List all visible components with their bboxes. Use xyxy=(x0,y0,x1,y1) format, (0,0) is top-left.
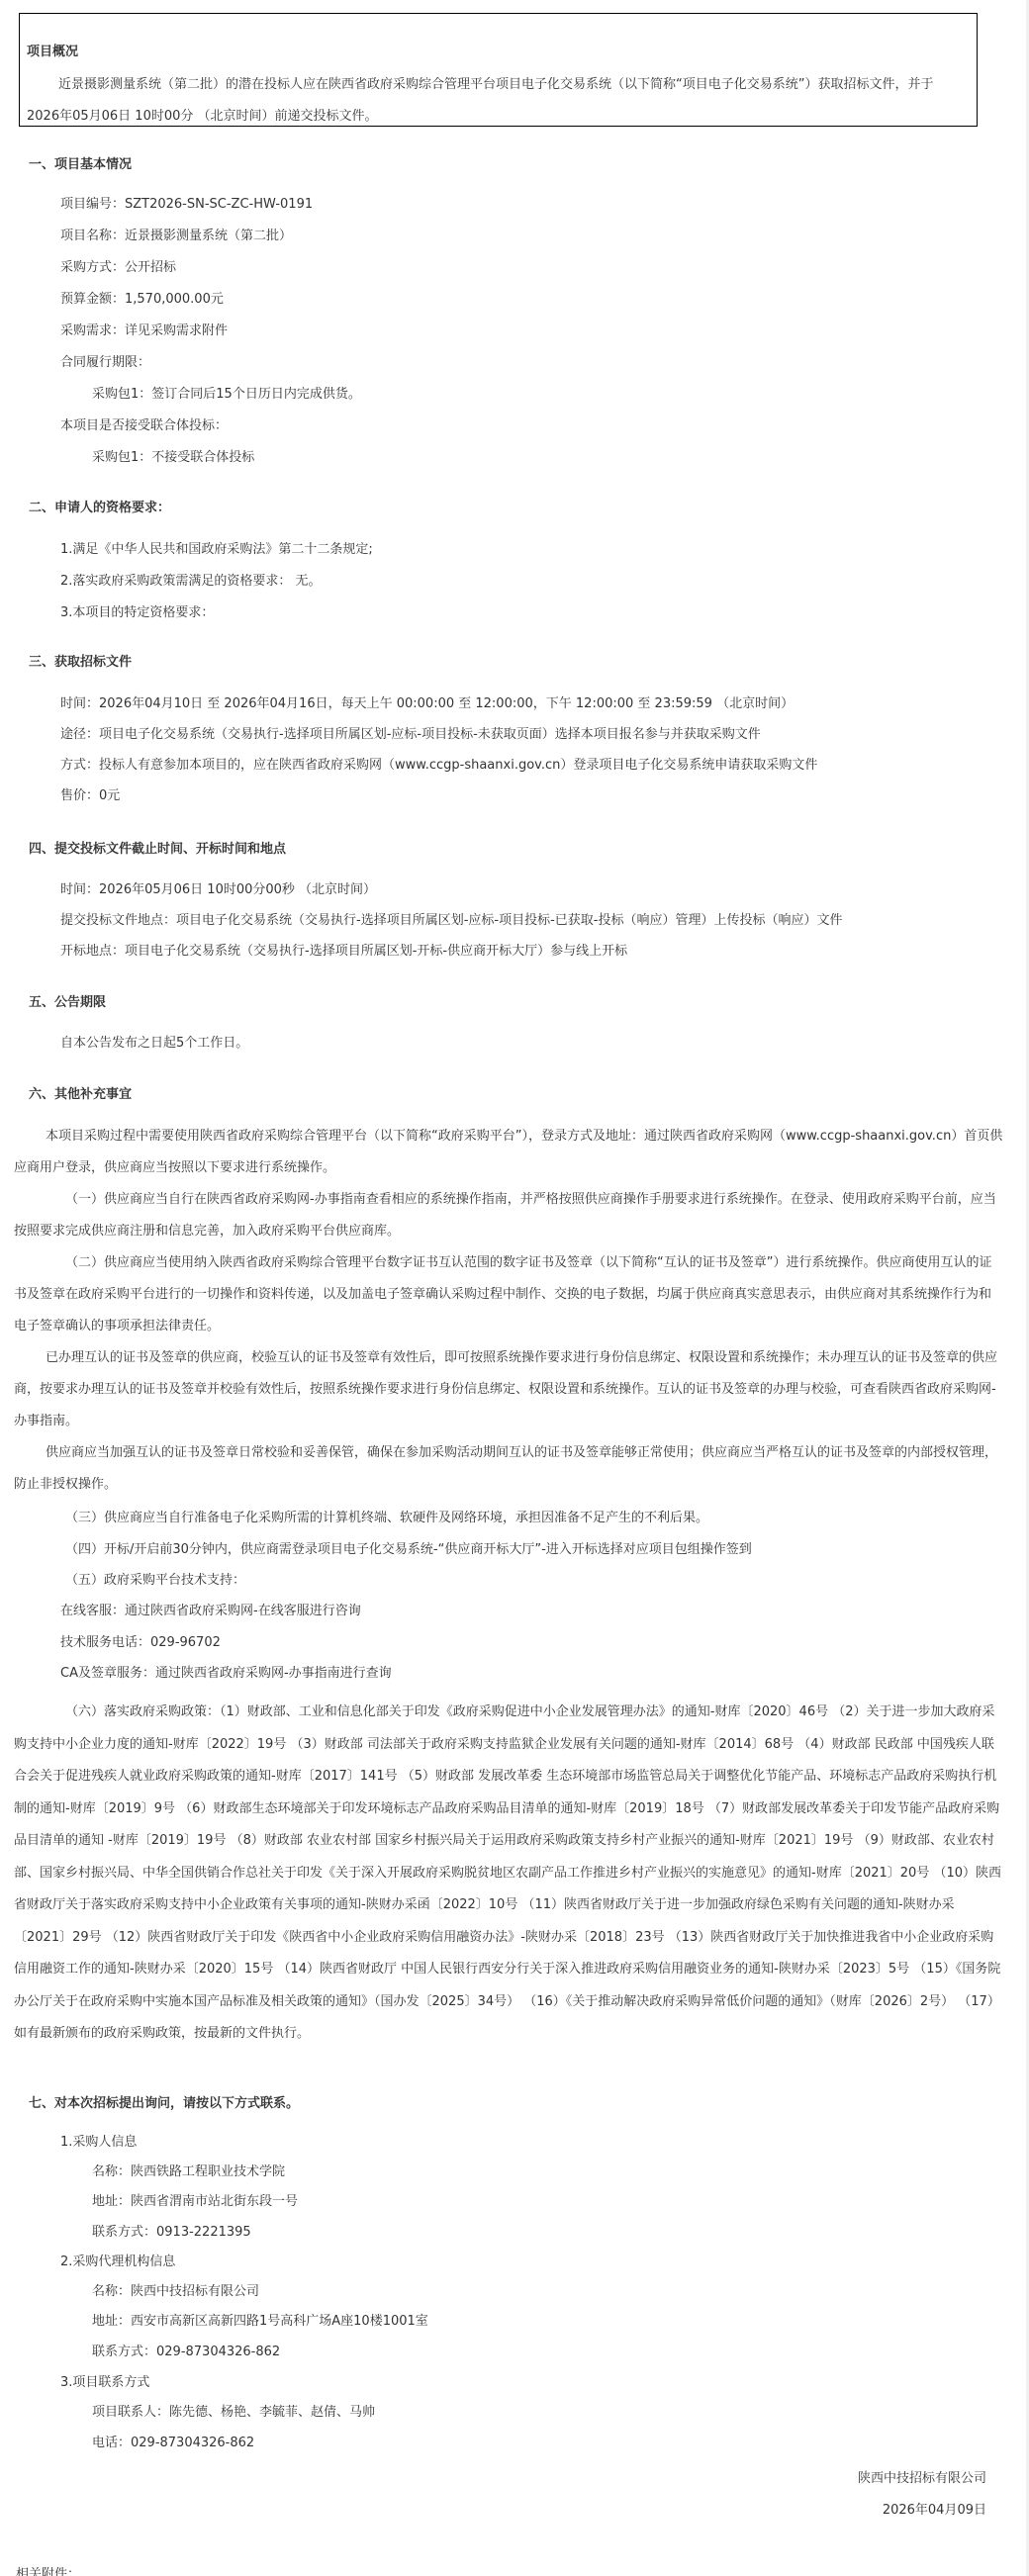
section-3-heading: 三、获取招标文件 xyxy=(29,654,132,672)
section-7-heading: 七、对本次招标提出询问，请按以下方式联系。 xyxy=(29,2095,299,2113)
consortium-package: 采购包1：不接受联合体投标 xyxy=(92,449,254,467)
procurement-method: 采购方式：公开招标 xyxy=(60,259,176,277)
supplement-paragraph: （一）供应商应当自行在陕西省政府采购网-办事指南查看相应的系统操作指南，并严格按… xyxy=(14,1184,1003,1247)
document-time: 时间：2026年04月10日 至 2026年04月16日，每天上午 00:00:… xyxy=(60,695,794,713)
issue-date: 2026年04月09日 xyxy=(883,2502,986,2520)
supplement-paragraph: （三）供应商应当自行准备电子化采购所需的计算机终端、软硬件及网络环境，承担因准备… xyxy=(65,1510,708,1527)
overview-title: 项目概况 xyxy=(27,41,78,59)
supplement-paragraph: 已办理互认的证书及签章的供应商，校验互认的证书及签章有效性后，即可按照系统操作要… xyxy=(14,1342,1003,1437)
agency-name: 名称：陕西中技招标有限公司 xyxy=(92,2283,259,2301)
online-service: 在线客服：通过陕西省政府采购网-在线客服进行咨询 xyxy=(60,1603,361,1620)
project-contacts: 项目联系人：陈先德、杨艳、李毓菲、赵倩、马帅 xyxy=(92,2404,375,2422)
overview-box: 项目概况 近景摄影测量系统（第二批）的潜在投标人应在陕西省政府采购综合管理平台项… xyxy=(19,13,978,127)
opening-place: 开标地点：项目电子化交易系统（交易执行-选择项目所属区划-开标-供应商开标大厅）… xyxy=(60,943,627,961)
consortium-label: 本项目是否接受联合体投标： xyxy=(60,417,228,435)
contract-period-package: 采购包1：签订合同后15个日历日内完成供货。 xyxy=(92,386,361,404)
project-name: 项目名称：近景摄影测量系统（第二批） xyxy=(60,228,292,245)
deadline-time: 时间：2026年05月06日 10时00分00秒 （北京时间） xyxy=(60,881,376,899)
purchaser-name: 名称：陕西铁路工程职业技术学院 xyxy=(92,2163,285,2181)
overview-text: 近景摄影测量系统（第二批）的潜在投标人应在陕西省政府采购综合管理平台项目电子化交… xyxy=(27,69,969,133)
issuer-company: 陕西中技招标有限公司 xyxy=(858,2470,986,2488)
procurement-demand: 采购需求：详见采购需求附件 xyxy=(60,322,228,340)
submit-place: 提交投标文件地点：项目电子化交易系统（交易执行-选择项目所属区划-应标-项目投标… xyxy=(60,912,842,930)
qualification-item: 1.满足《中华人民共和国政府采购法》第二十二条规定; xyxy=(60,541,373,559)
tech-service-phone: 技术服务电话：029-96702 xyxy=(60,1634,221,1652)
agency-contact: 联系方式：029-87304326-862 xyxy=(92,2344,280,2361)
section-6-heading: 六、其他补充事宜 xyxy=(29,1086,132,1104)
budget-amount: 预算金额：1,570,000.00元 xyxy=(60,291,224,309)
supplement-paragraph: 本项目采购过程中需要使用陕西省政府采购综合管理平台（以下简称“政府采购平台”），… xyxy=(14,1121,1003,1184)
purchaser-title: 1.采购人信息 xyxy=(60,2134,137,2152)
qualification-item: 3.本项目的特定资格要求： xyxy=(60,604,214,622)
project-phone: 电话：029-87304326-862 xyxy=(92,2435,254,2452)
section-2-heading: 二、申请人的资格要求： xyxy=(29,500,170,517)
document-price: 售价：0元 xyxy=(60,787,120,805)
ca-service: CA及签章服务：通过陕西省政府采购网-办事指南进行查询 xyxy=(60,1665,392,1683)
policy-list: （六）落实政府采购政策：（1）财政部、工业和信息化部关于印发《政府采购促进中小企… xyxy=(14,1697,1003,2051)
project-contact-title: 3.项目联系方式 xyxy=(60,2374,149,2392)
supplement-paragraph: （二）供应商应当使用纳入陕西省政府采购综合管理平台数字证书互认范围的数字证书及签… xyxy=(14,1247,1003,1342)
agency-title: 2.采购代理机构信息 xyxy=(60,2254,175,2271)
project-number: 项目编号：SZT2026-SN-SC-ZC-HW-0191 xyxy=(60,196,313,214)
tech-support-heading: （五）政府采购平台技术支持： xyxy=(65,1572,245,1590)
purchaser-contact: 联系方式：0913-2221395 xyxy=(92,2224,251,2242)
supplement-paragraph: （四）开标/开启前30分钟内，供应商需登录项目电子化交易系统-“供应商开标大厅”… xyxy=(65,1541,752,1559)
qualification-item: 2.落实政府采购政策需满足的资格要求： 无。 xyxy=(60,573,322,591)
supplement-paragraph: 供应商应当加强互认的证书及签章日常校验和妥善保管，确保在参加采购活动期间互认的证… xyxy=(14,1437,1003,1501)
section-5-heading: 五、公告期限 xyxy=(29,994,106,1012)
notice-period: 自本公告发布之日起5个工作日。 xyxy=(60,1035,248,1053)
contract-period-label: 合同履行期限： xyxy=(60,354,150,372)
attachments-label: 相关附件： xyxy=(16,2566,80,2576)
purchaser-address: 地址：陕西省渭南市站北街东段一号 xyxy=(92,2193,298,2211)
document-route: 途径：项目电子化交易系统（交易执行-选择项目所属区划-应标-项目投标-未获取页面… xyxy=(60,726,761,744)
section-4-heading: 四、提交投标文件截止时间、开标时间和地点 xyxy=(29,841,286,859)
agency-address: 地址：西安市高新区高新四路1号高科广场A座10楼1001室 xyxy=(92,2313,428,2331)
section-1-heading: 一、项目基本情况 xyxy=(29,156,132,174)
document-way: 方式：投标人有意参加本项目的，应在陕西省政府采购网（www.ccgp-shaan… xyxy=(60,757,817,775)
